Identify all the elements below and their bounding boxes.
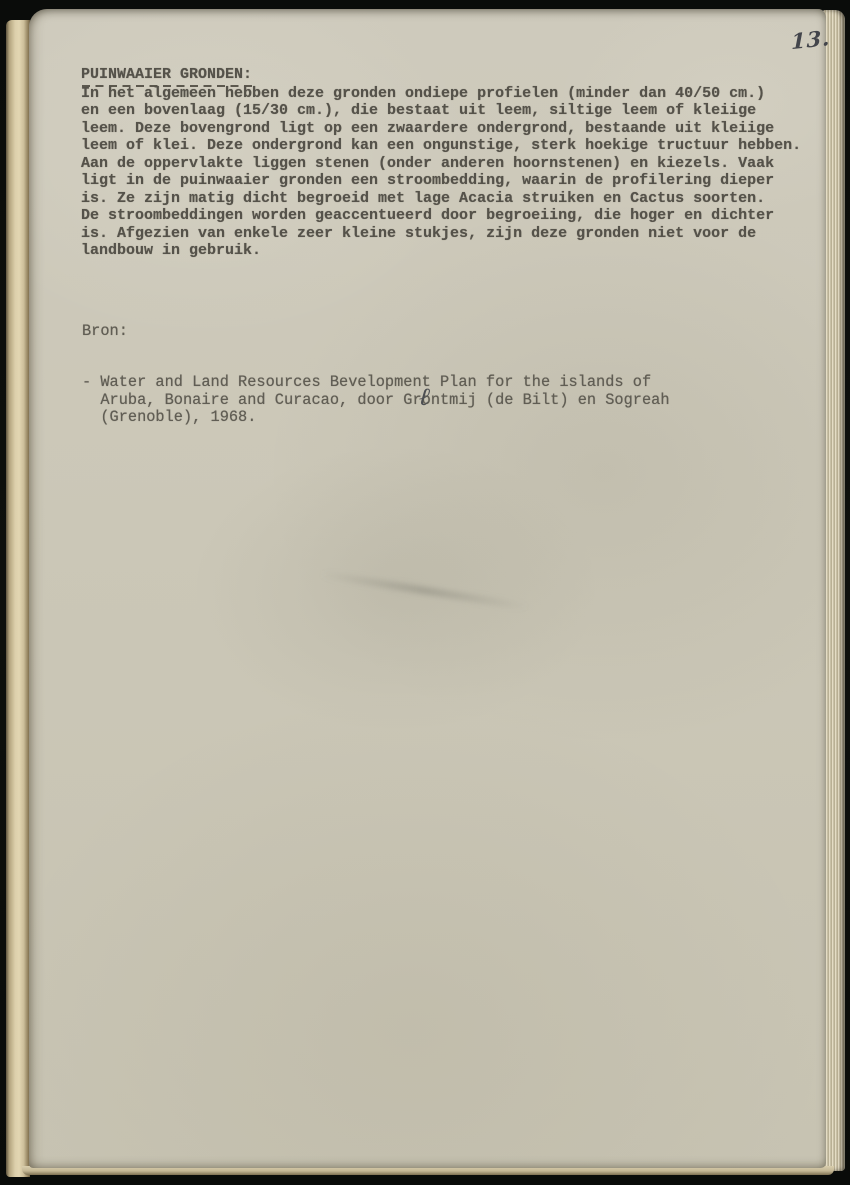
section-heading: PUINWAAIER GRONDEN: [81,66,252,84]
right-page-edge-stack [823,10,845,1171]
book-spine-page-edges [6,20,30,1177]
source-label: Bron: [82,323,670,340]
handwritten-page-number: 13. [791,25,830,54]
scanned-book-spread: 13. PUINWAAIER GRONDEN: In het algemeen … [0,0,850,1185]
source-reference-lines: - Water and Land Resources Bevelopment P… [82,374,670,426]
source-citation: Bron: - Water and Land Resources Bevelop… [82,288,670,461]
document-page: 13. PUINWAAIER GRONDEN: In het algemeen … [29,9,826,1168]
body-paragraph: In het algemeen hebben deze gronden ondi… [81,85,801,260]
paper-smudge [320,571,529,611]
